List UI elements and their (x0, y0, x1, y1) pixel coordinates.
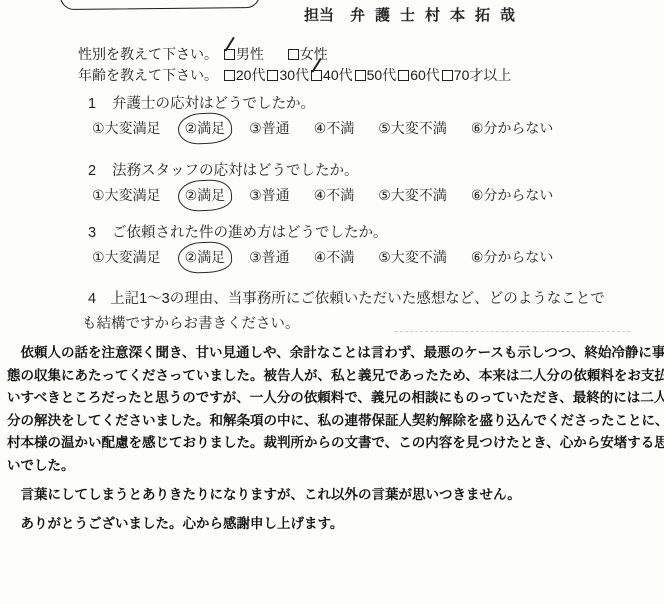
checkbox-male (224, 49, 235, 60)
response-paragraph3: ありがとうございました。心から感謝申し上げます。 (7, 513, 659, 536)
handler-line: 担当弁護士村本拓哉 (304, 4, 525, 25)
handler-label: 担当 (304, 7, 334, 24)
checkbox-60s (398, 70, 409, 81)
question-4-number: 4 (88, 291, 96, 307)
age-question-label: 年齢を教えて下さい。 (78, 67, 218, 83)
gender-question-label: 性別を教えて下さい。 (78, 46, 218, 62)
q2-option-1: ①大変満足 (92, 185, 161, 205)
gender-male-label: 男性 (236, 46, 264, 62)
q1-option-3: ③普通 (249, 118, 290, 138)
question-3-number: 3 (88, 225, 112, 241)
age-option-20s: 20代 (222, 67, 266, 83)
question-2-number: 2 (88, 163, 112, 179)
response-paragraph2: 言葉にしてしまうとありきたりになりますが、これ以外の言葉が思いつきません。 (7, 484, 659, 507)
checkbox-female (288, 49, 299, 60)
checkbox-20s (224, 70, 235, 81)
q2-option-2: ②満足 (185, 185, 226, 205)
response-p1-line3: いすべきところだったと思うのですが、一人分の依頼料で、義兄の相談にものっていただ… (7, 387, 659, 410)
response-p1-line4: 分の解決をしてくださいました。和解条項の中に、私の連帯保証人契約解除を盛り込んで… (7, 410, 659, 433)
gender-female-label: 女性 (300, 46, 328, 62)
question-1-text: 弁護士の応対はどうでしたか。 (112, 96, 315, 112)
q2-option-5: ⑤大変不満 (378, 185, 447, 205)
age-20s-label: 20代 (236, 67, 266, 83)
gender-option-male: 男性 (222, 46, 264, 62)
q3-option-6: ⑥分からない (471, 247, 554, 267)
q1-option-6: ⑥分からない (471, 118, 554, 138)
gender-question-row: 性別を教えて下さい。 男性 女性 (78, 44, 346, 64)
gender-option-female: 女性 (286, 46, 328, 62)
q3-option-3: ③普通 (249, 247, 290, 267)
q1-option-1: ①大変満足 (92, 118, 161, 138)
age-40s-label: 40代 (323, 67, 353, 83)
question-1-options: ①大変満足 ②満足 ③普通 ④不満 ⑤大変不満 ⑥分からない (92, 118, 553, 138)
checkbox-30s (267, 70, 278, 81)
question-3-text: ご依頼された件の進め方はどうでしたか。 (112, 225, 388, 241)
checkbox-70plus (442, 70, 453, 81)
age-option-60s: 60代 (396, 67, 440, 83)
q1-option-4: ④不満 (314, 118, 355, 138)
response-p1-line2: 態の収集にあたってくださっていました。被告人が、私と義兄であったため、本来は二人… (7, 365, 659, 388)
response-p1-line6: いでした。 (7, 455, 659, 478)
response-p1-line5: 村本様の温かい配慮を感じておりました。裁判所からの文書で、この内容を見つけたとき… (7, 432, 659, 455)
age-option-30s: 30代 (265, 67, 309, 83)
question-3-options: ①大変満足 ②満足 ③普通 ④不満 ⑤大変不満 ⑥分からない (92, 247, 553, 267)
scanned-survey-document: 担当弁護士村本拓哉 性別を教えて下さい。 男性 女性 年齢を教えて下さい。 20… (0, 0, 664, 604)
age-option-40s: 40代 (309, 67, 353, 83)
q2-option-3: ③普通 (249, 185, 290, 205)
q2-option-4: ④不満 (314, 185, 355, 205)
scan-artifact-line (395, 331, 630, 332)
q1-option-5: ⑤大変不満 (378, 118, 447, 138)
q1-option-2: ②満足 (185, 118, 226, 138)
age-50s-label: 50代 (367, 67, 397, 83)
age-70plus-label: 70才以上 (454, 67, 512, 83)
handler-name: 弁護士村本拓哉 (350, 7, 525, 24)
question-1-number: 1 (88, 96, 112, 112)
response-p1-line1: 依頼人の話を注意深く聞き、甘い見通しや、余計なことは言わず、最悪のケースも示しつ… (7, 342, 659, 365)
cutoff-header-box (60, 0, 260, 10)
question-4-text-line2: も結構ですからお書きください。 (82, 312, 605, 333)
question-4: 4上記1〜3の理由、当事務所にご依頼いただいた感想など、どのようなことで も結構… (82, 287, 605, 333)
q3-option-4: ④不満 (314, 247, 355, 267)
question-2-title: 2法務スタッフの応対はどうでしたか。 (88, 159, 359, 180)
question-4-text-line1: 上記1〜3の理由、当事務所にご依頼いただいた感想など、どのようなことで (110, 291, 605, 307)
age-question-row: 年齢を教えて下さい。 20代30代40代50代60代70才以上 (78, 65, 511, 85)
q2-option-6: ⑥分からない (471, 185, 554, 205)
age-option-50s: 50代 (353, 67, 397, 83)
q3-option-2: ②満足 (185, 247, 226, 267)
question-4-line1: 4上記1〜3の理由、当事務所にご依頼いただいた感想など、どのようなことで (82, 287, 605, 308)
question-2-text: 法務スタッフの応対はどうでしたか。 (112, 163, 359, 179)
age-option-70plus: 70才以上 (440, 67, 512, 83)
question-2-options: ①大変満足 ②満足 ③普通 ④不満 ⑤大変不満 ⑥分からない (92, 185, 553, 205)
age-30s-label: 30代 (279, 67, 309, 83)
q3-option-1: ①大変満足 (92, 247, 161, 267)
checkbox-40s (311, 70, 322, 81)
q3-option-5: ⑤大変不満 (378, 247, 447, 267)
age-60s-label: 60代 (410, 67, 440, 83)
question-1-title: 1弁護士の応対はどうでしたか。 (88, 92, 315, 113)
checkbox-50s (355, 70, 366, 81)
free-response-text: 依頼人の話を注意深く聞き、甘い見通しや、余計なことは言わず、最悪のケースも示しつ… (7, 342, 659, 536)
question-3-title: 3ご依頼された件の進め方はどうでしたか。 (88, 221, 388, 242)
